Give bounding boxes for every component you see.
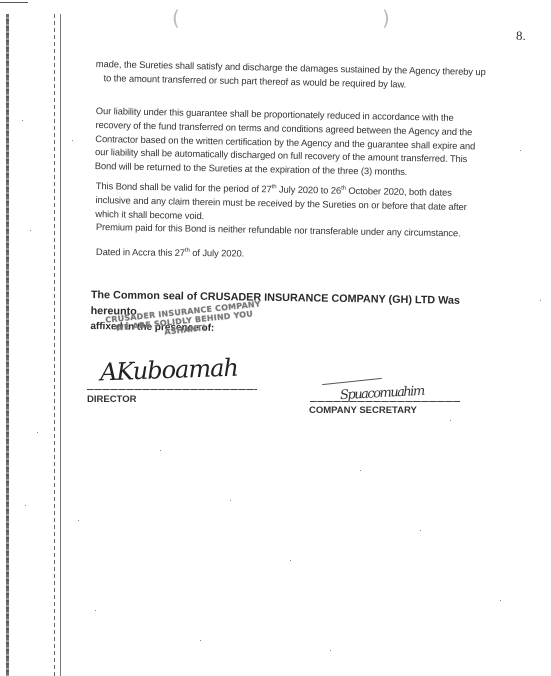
binding-dashed-line (54, 14, 55, 676)
paragraph-liability: Our liability under this guarantee shall… (95, 104, 491, 181)
top-scan-rule (0, 2, 28, 3)
director-signature-line (87, 389, 257, 390)
text-segment: Dated in Accra this 27 (96, 246, 185, 258)
secretary-label: COMPANY SECRETARY (309, 405, 417, 416)
text-segment: This Bond shall be valid for the period … (96, 180, 272, 194)
punch-hole-mark-left: ( (172, 6, 180, 30)
paragraph-dated: Dated in Accra this 27th of July 2020. (96, 245, 476, 263)
binding-margin-line (60, 14, 61, 676)
paragraph-surety-obligation: made, the Sureties shall satisfy and dis… (95, 57, 495, 93)
secretary-signature-flourish (322, 378, 382, 385)
director-label: DIRECTOR (87, 394, 136, 405)
page-number: 8. (516, 28, 526, 44)
secretary-signature-line (310, 401, 460, 402)
binding-edge (6, 14, 9, 676)
text-segment: of July 2020. (190, 247, 244, 259)
director-signature: AKuboamah (100, 354, 239, 387)
punch-hole-mark-right: ) (382, 6, 390, 30)
text-segment: July 2020 to 26 (276, 183, 341, 195)
